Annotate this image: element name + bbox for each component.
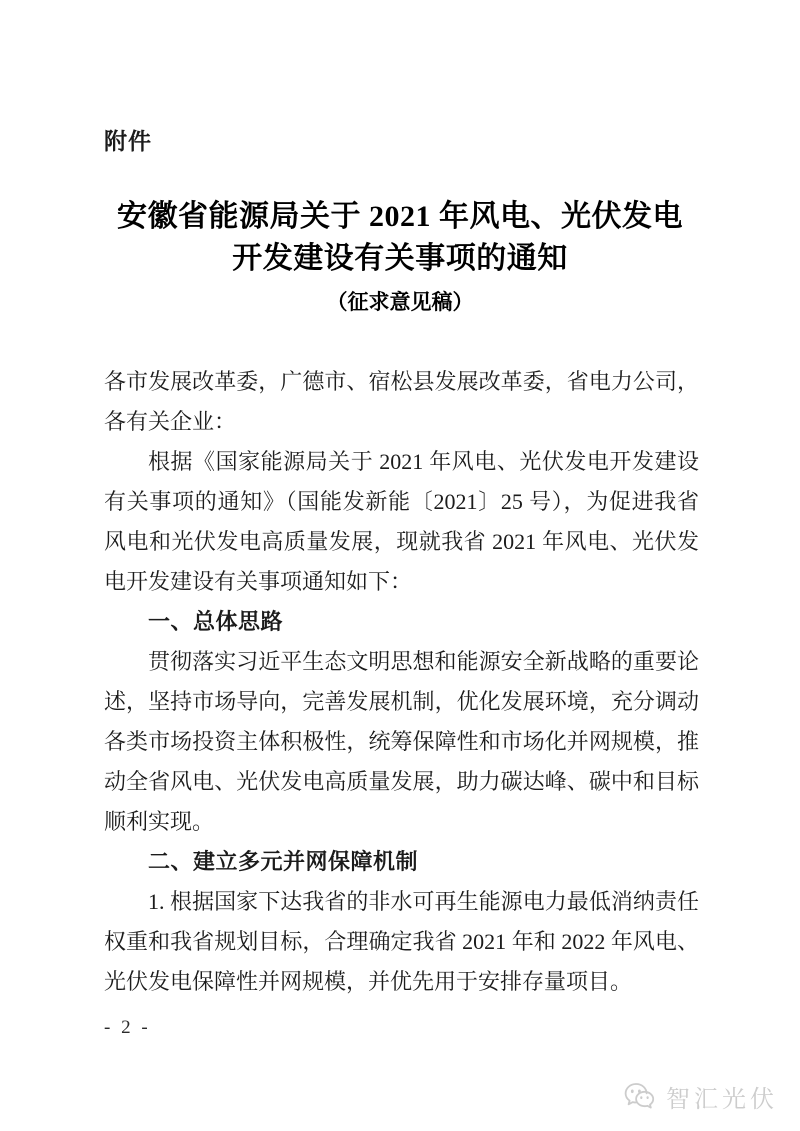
document-body: 各市发展改革委，广德市、宿松县发展改革委，省电力公司，各有关企业： 根据《国家能…: [104, 362, 699, 1002]
section-1-heading: 一、总体思路: [104, 602, 699, 642]
document-page: 附件 安徽省能源局关于 2021 年风电、光伏发电 开发建设有关事项的通知 （征…: [0, 0, 800, 1131]
attachment-label: 附件: [104, 123, 152, 156]
page-number: - 2 -: [104, 1017, 151, 1039]
intro-paragraph: 根据《国家能源局关于 2021 年风电、光伏发电开发建设有关事项的通知》（国能发…: [104, 442, 699, 602]
watermark-label: 智汇光伏: [666, 1079, 778, 1114]
section-2-heading: 二、建立多元并网保障机制: [104, 842, 699, 882]
section-2-paragraph: 1. 根据国家下达我省的非水可再生能源电力最低消纳责任权重和我省规划目标，合理确…: [104, 882, 699, 1002]
title-line-1: 安徽省能源局关于 2021 年风电、光伏发电: [0, 196, 800, 238]
title-line-2: 开发建设有关事项的通知: [0, 238, 800, 280]
salutation-paragraph: 各市发展改革委，广德市、宿松县发展改革委，省电力公司，各有关企业：: [104, 362, 699, 442]
wechat-icon: [624, 1082, 660, 1112]
document-subtitle: （征求意见稿）: [0, 286, 800, 316]
section-1-paragraph: 贯彻落实习近平生态文明思想和能源安全新战略的重要论述，坚持市场导向，完善发展机制…: [104, 642, 699, 842]
document-title: 安徽省能源局关于 2021 年风电、光伏发电 开发建设有关事项的通知: [0, 196, 800, 280]
watermark: 智汇光伏: [624, 1079, 778, 1114]
